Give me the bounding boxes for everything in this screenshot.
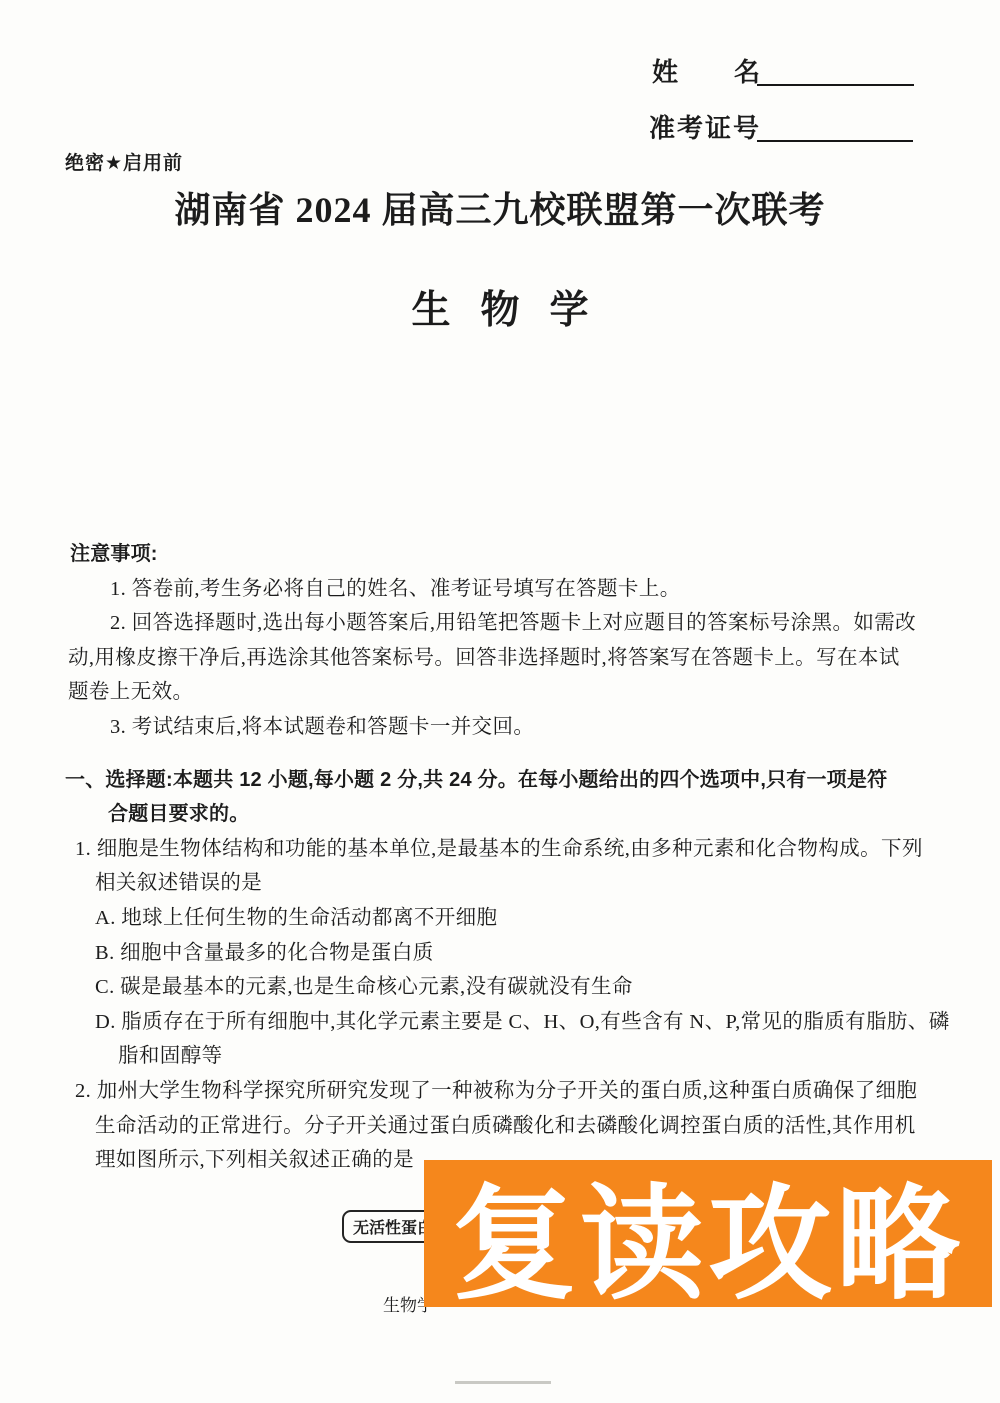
notice-heading: 注意事项: [65, 537, 965, 572]
question-1-option-a: A. 地球上任何生物的生命活动都离不开细胞 [65, 901, 965, 936]
subject-title: 生物学 [0, 279, 1000, 335]
section-heading-line-1: 一、选择题:本题共 12 小题,每小题 2 分,共 24 分。在每小题给出的四个… [65, 763, 965, 798]
exam-paper-page: 姓 名 准考证号 绝密★启用前 湖南省 2024 届高三九校联盟第一次联考 生物… [0, 0, 1000, 1403]
question-2-line-1: 2. 加州大学生物科学探究所研究发现了一种被称为分子开关的蛋白质,这种蛋白质确保… [65, 1074, 965, 1109]
classification-marking: 绝密★启用前 [65, 148, 183, 175]
exam-title: 湖南省 2024 届高三九校联盟第一次联考 [0, 182, 1000, 233]
notice-item-2-line-2: 动,用橡皮擦干净后,再选涂其他答案标号。回答非选择题时,将答案写在答题卡上。写在… [65, 641, 965, 676]
watermark-overlay: 复读攻略 [424, 1160, 992, 1307]
notice-item-1: 1. 答卷前,考生务必将自己的姓名、准考证号填写在答题卡上。 [65, 572, 965, 607]
section-heading-line-2: 合题目要求的。 [65, 797, 965, 832]
question-1-option-d-line-1: D. 脂质存在于所有细胞中,其化学元素主要是 C、H、O,有些含有 N、P,常见… [65, 1005, 965, 1040]
name-label-xing: 姓 [652, 52, 678, 89]
section-gap [65, 745, 965, 763]
scan-artifact-line [455, 1381, 551, 1384]
body-text-column: 注意事项: 1. 答卷前,考生务必将自己的姓名、准考证号填写在答题卡上。 2. … [65, 537, 965, 1178]
notice-item-2-line-3: 题卷上无效。 [65, 675, 965, 710]
question-1-option-b: B. 细胞中含量最多的化合物是蛋白质 [65, 936, 965, 971]
notice-item-3: 3. 考试结束后,将本试题卷和答题卡一并交回。 [65, 710, 965, 745]
question-1-line-1: 1. 细胞是生物体结构和功能的基本单位,是最基本的生命系统,由多种元素和化合物构… [65, 832, 965, 867]
exam-no-label: 准考证号 [649, 108, 761, 145]
notice-item-2-line-1: 2. 回答选择题时,选出每小题答案后,用铅笔把答题卡上对应题目的答案标号涂黑。如… [65, 606, 965, 641]
watermark-text: 复读攻略 [452, 1160, 964, 1307]
exam-no-blank-line [757, 140, 913, 142]
question-2-line-2: 生命活动的正常进行。分子开关通过蛋白质磷酸化和去磷酸化调控蛋白质的活性,其作用机 [65, 1109, 965, 1144]
question-1-option-d-line-2: 脂和固醇等 [65, 1039, 965, 1074]
question-1-line-2: 相关叙述错误的是 [65, 866, 965, 901]
question-1-option-c: C. 碳是最基本的元素,也是生命核心元素,没有碳就没有生命 [65, 970, 965, 1005]
name-blank-line [757, 84, 914, 86]
